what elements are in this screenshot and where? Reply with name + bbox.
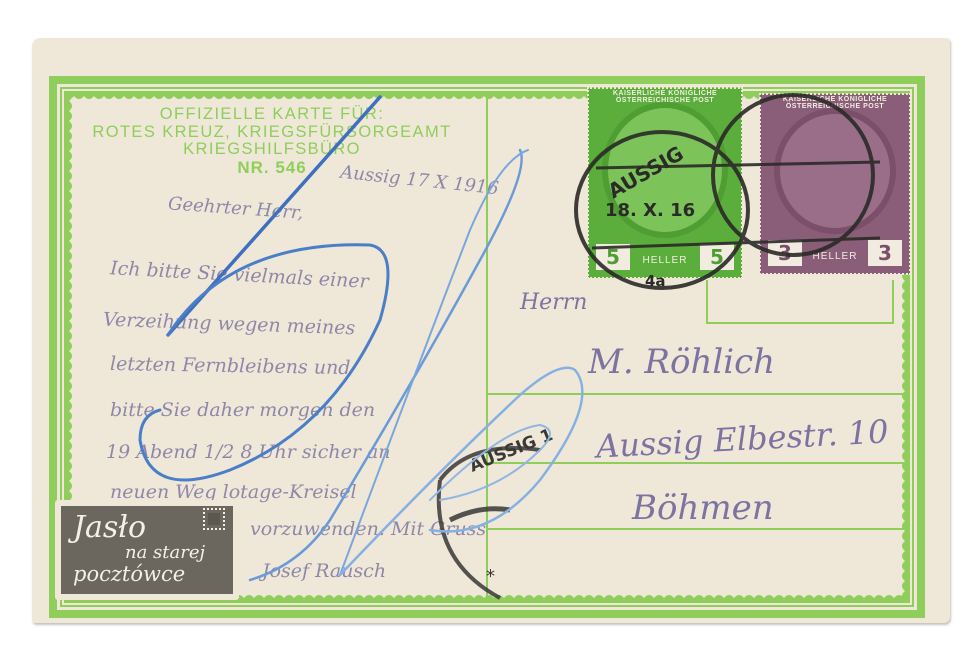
postmark-city: AUSSIG <box>604 141 688 203</box>
postmark-code: 4a <box>645 272 666 290</box>
watermark-line-2: na starej <box>125 542 205 563</box>
watermark-line-3: pocztówce <box>73 562 185 586</box>
watermark-logo: Jasło na starej pocztówce <box>55 500 239 600</box>
stamp-icon <box>203 508 225 530</box>
postmark-star: * <box>486 566 495 587</box>
postmark-date: 18. X. 16 <box>605 200 695 221</box>
watermark-line-1: Jasło <box>73 510 146 545</box>
